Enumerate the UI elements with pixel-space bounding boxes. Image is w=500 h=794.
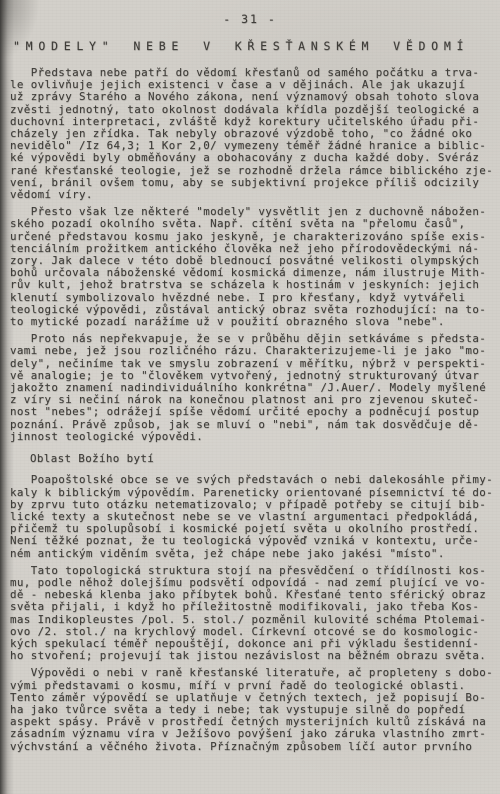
paragraph-1: Představa nebe patří do vědomí křesťanů … (10, 67, 500, 201)
paragraph-5: Tato topologická struktura stojí na přes… (10, 565, 500, 663)
paragraph-2: Přesto však lze některé "modely" vysvětl… (10, 206, 500, 328)
section-heading: Oblast Božího bytí (30, 453, 500, 465)
paragraph-3: Proto nás nepřekvapuje, že se v průběhu … (10, 333, 500, 443)
paragraph-4: Poapoštolské obce se ve svých představác… (10, 474, 500, 559)
scanned-page: - 31 - "MODELY" NEBE V KŘESŤANSKÉM VĚDOM… (0, 0, 500, 794)
page-number: - 31 - (0, 0, 500, 26)
paragraph-6: Výpovědi o nebi v raně křesťanské litera… (10, 667, 500, 752)
page-title: "MODELY" NEBE V KŘESŤANSKÉM VĚDOMÍ (13, 39, 500, 53)
